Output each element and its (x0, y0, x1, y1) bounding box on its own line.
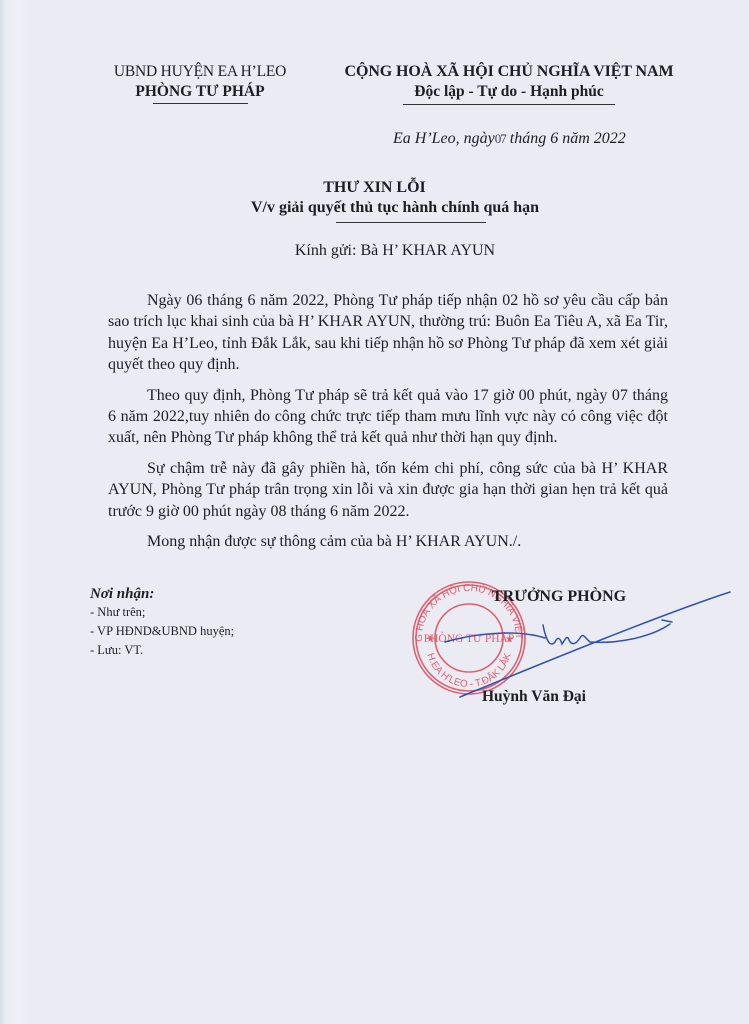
date-suffix: tháng 6 năm 2022 (506, 130, 626, 147)
agency-name: UBND HUYỆN EA H’LEO (100, 62, 300, 82)
handwritten-day: 07 (495, 131, 506, 146)
signer-name: Huỳnh Văn Đại (482, 688, 586, 706)
date-prefix: Ea H’Leo, ngày (393, 130, 495, 147)
letter-body: Ngày 06 tháng 6 năm 2022, Phòng Tư pháp … (108, 290, 668, 561)
paragraph: Ngày 06 tháng 6 năm 2022, Phòng Tư pháp … (108, 290, 668, 376)
national-motto: Độc lập - Tự do - Hạnh phúc (328, 82, 690, 102)
recipients-heading: Nơi nhận: (90, 585, 234, 603)
recipient-item: - VP HĐND&UBND huyện; (90, 622, 234, 641)
scan-edge (0, 0, 30, 1024)
header-agency-block: UBND HUYỆN EA H’LEO PHÒNG TƯ PHÁP (100, 62, 300, 104)
document-subtitle: V/v giải quyết thủ tục hành chính quá hạ… (0, 198, 749, 218)
recipient-item: - Như trên; (90, 603, 234, 622)
paragraph: Theo quy định, Phòng Tư pháp sẽ trả kết … (108, 385, 668, 449)
recipient-item: - Lưu: VT. (90, 641, 234, 660)
handwritten-signature-icon (400, 580, 740, 700)
paragraph: Mong nhận được sự thông cảm của bà H’ KH… (108, 531, 668, 552)
subtitle-underline (336, 222, 486, 223)
date-line: Ea H’Leo, ngày07 tháng 6 năm 2022 (393, 130, 626, 148)
salutation: Kính gửi: Bà H’ KHAR AYUN (0, 242, 749, 260)
recipients-block: Nơi nhận: - Như trên; - VP HĐND&UBND huy… (90, 585, 234, 660)
document-title: THƯ XIN LỖI (0, 178, 749, 198)
department-name: PHÒNG TƯ PHÁP (100, 82, 300, 102)
header-national-block: CỘNG HOÀ XÃ HỘI CHỦ NGHĨA VIỆT NAM Độc l… (328, 62, 690, 105)
national-title: CỘNG HOÀ XÃ HỘI CHỦ NGHĨA VIỆT NAM (328, 62, 690, 82)
department-underline (153, 103, 248, 104)
motto-underline (403, 104, 615, 105)
paragraph: Sự chậm trễ này đã gây phiền hà, tốn kém… (108, 458, 668, 522)
